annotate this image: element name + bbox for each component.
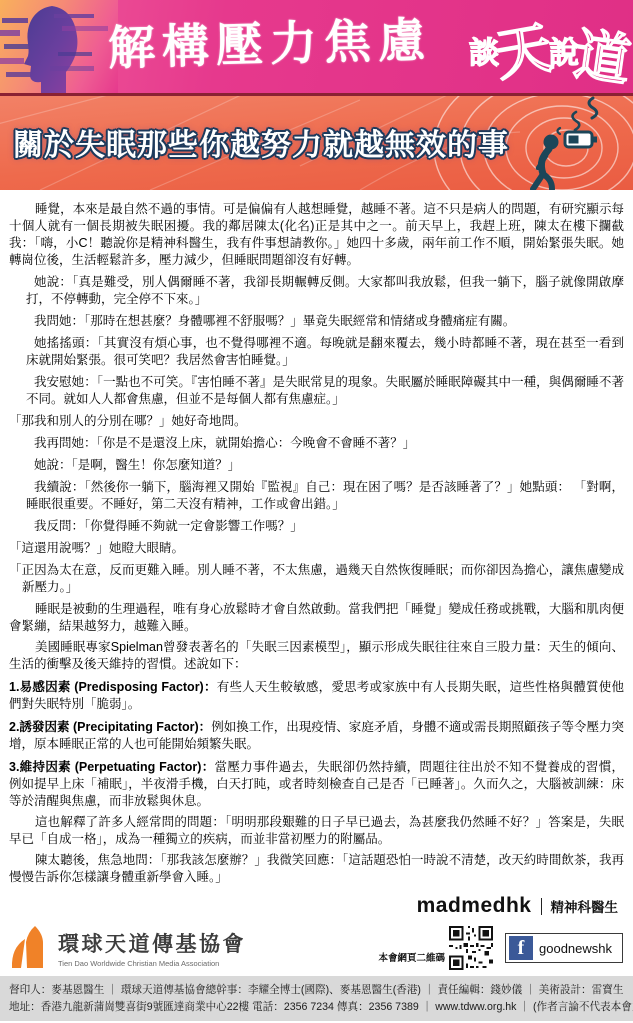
head-silhouette-icon bbox=[0, 0, 118, 93]
credits-line-1: 督印人：麥基恩醫生 ｜ 環球天道傳基協會總幹事：李耀全博士(國際)、麥基恩醫生(… bbox=[9, 982, 624, 999]
credits-bar: 督印人：麥基恩醫生 ｜ 環球天道傳基協會總幹事：李耀全博士(國際)、麥基恩醫生(… bbox=[0, 976, 633, 1021]
org-name-zh: 環球天道傳基協會 bbox=[58, 928, 246, 958]
article-paragraph: 我續說：「然後你一躺下，腦海裡又開始『監視』自己：現在困了嗎？是否該睡著了？」她… bbox=[26, 479, 624, 513]
article-paragraph: 她說：「是啊，醫生！你怎麼知道？」 bbox=[26, 457, 624, 474]
article-body: 睡覺，本來是最自然不過的事情。可是偏偏有人越想睡覺，越睡不著。這不只是病人的問題… bbox=[0, 190, 633, 886]
leaflet-page: 解構壓力焦慮 談 天 說 道 bbox=[0, 0, 633, 1023]
qr-label: 本會網頁二維碼 bbox=[378, 950, 445, 964]
article-paragraph: 「這還用說嗎？」她瞪大眼睛。 bbox=[9, 540, 624, 557]
org-logo-block: 環球天道傳基協會 Tien Dao Worldwide Christian Me… bbox=[10, 926, 246, 970]
byline-separator bbox=[541, 898, 542, 915]
masthead-logo-char: 天 bbox=[488, 4, 557, 93]
credits-line-2: 地址：香港九龍新蒲崗雙喜街9號匯達商業中心22樓 電話：2356 7234 傳真… bbox=[9, 999, 624, 1016]
facebook-icon: f bbox=[509, 936, 533, 960]
masthead-logo: 談 天 說 道 bbox=[469, 6, 619, 90]
article-paragraph: 1.易感因素 (Predisposing Factor)：有些人天生較敏感，愛思… bbox=[9, 679, 624, 713]
footer: 環球天道傳基協會 Tien Dao Worldwide Christian Me… bbox=[0, 918, 633, 976]
article-paragraph: 我問她：「那時在想甚麼？身體哪裡不舒服嗎？」畢竟失眠經常和情緒或身體痛症有關。 bbox=[26, 313, 624, 330]
battery-icon bbox=[565, 132, 597, 147]
masthead-logo-char: 道 bbox=[570, 10, 633, 93]
factor-heading: 1.易感因素 (Predisposing Factor)： bbox=[9, 680, 217, 694]
author-role: 精神科醫生 bbox=[551, 896, 619, 916]
article-paragraph: 她搖搖頭：「其實沒有煩心事，也不覺得哪裡不適。每晚就是翻來覆去，幾小時都睡不著，… bbox=[26, 335, 624, 369]
byline: madmedhk 精神科醫生 bbox=[0, 890, 633, 918]
glitch-head-illustration bbox=[0, 0, 118, 93]
org-logo-icon bbox=[10, 926, 50, 970]
article-paragraph: 睡覺，本來是最自然不過的事情。可是偏偏有人越想睡覺，越睡不著。這不只是病人的問題… bbox=[9, 201, 624, 269]
article-paragraph: 「正因為太在意，反而更難入睡。別人睡不著，不太焦慮，過幾天自然恢復睡眠；而你卻因… bbox=[9, 562, 624, 596]
article-paragraph: 3.維持因素 (Perpetuating Factor)：當壓力事件過去，失眠卻… bbox=[9, 759, 624, 810]
article-paragraph: 我再問她：「你是不是還沒上床，就開始擔心：今晚會不會睡不著？」 bbox=[26, 435, 624, 452]
org-name-en: Tien Dao Worldwide Christian Media Assoc… bbox=[58, 959, 246, 968]
article-paragraph: 睡眠是被動的生理過程，唯有身心放鬆時才會自然啟動。當我們把「睡覺」變成任務或挑戰… bbox=[9, 601, 624, 635]
article-paragraph: 美國睡眠專家Spielman曾發表著名的「失眠三因素模型」，顯示形成失眠往往來自… bbox=[9, 639, 624, 673]
article-paragraph: 陳太聽後，焦急地問：「那我該怎麼辦？」我微笑回應：「這話題恐怕一時說不清楚，改天… bbox=[9, 852, 624, 886]
qr-code bbox=[449, 926, 493, 970]
factor-heading: 2.誘發因素 (Precipitating Factor)： bbox=[9, 720, 211, 734]
author-name: madmedhk bbox=[417, 894, 532, 918]
article-paragraph: 2.誘發因素 (Precipitating Factor)：例如換工作，出現疫情… bbox=[9, 719, 624, 753]
article-paragraph: 這也解釋了許多人經常問的問題：「明明那段艱難的日子早已過去，為甚麼我仍然睡不好？… bbox=[9, 814, 624, 848]
page-title: 關於失眠那些你越努力就越無效的事 bbox=[13, 120, 509, 164]
factor-heading: 3.維持因素 (Perpetuating Factor)： bbox=[9, 760, 215, 774]
facebook-badge[interactable]: f goodnewshk bbox=[505, 933, 623, 963]
masthead-banner: 解構壓力焦慮 談 天 說 道 bbox=[0, 0, 633, 93]
article-paragraph: 我反問：「你覺得睡不夠就一定會影響工作嗎？」 bbox=[26, 518, 624, 535]
facebook-handle: goodnewshk bbox=[539, 941, 612, 956]
article-paragraph: 她說：「真是難受，別人偶爾睡不著，我卻長期輾轉反側。大家都叫我放鬆，但我一躺下，… bbox=[26, 274, 624, 308]
article-paragraph: 「那我和別人的分別在哪？」她好奇地問。 bbox=[9, 413, 624, 430]
article-paragraph: 我安慰她：「一點也不可笑。『害怕睡不著』是失眠常見的現象。失眠屬於睡眠障礙其中一… bbox=[26, 374, 624, 408]
series-title: 解構壓力焦慮 bbox=[107, 4, 449, 87]
title-banner: 關於失眠那些你越努力就越無效的事 bbox=[0, 96, 633, 190]
